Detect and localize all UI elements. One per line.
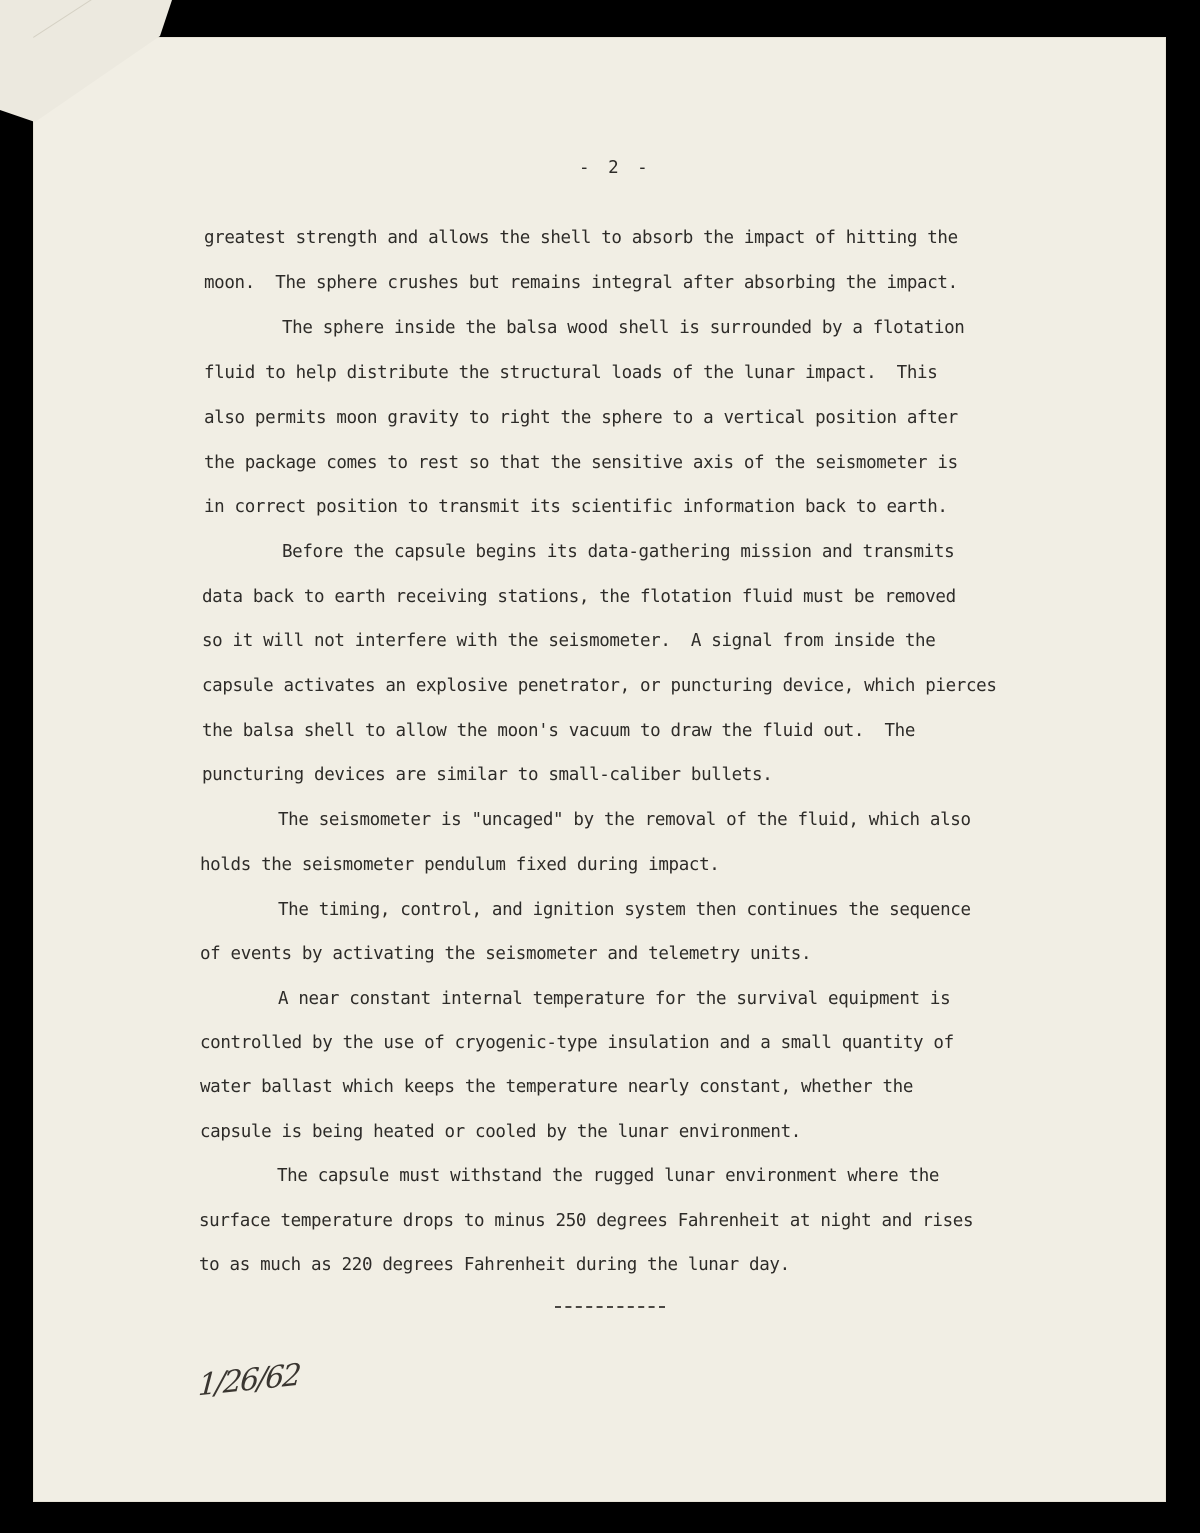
text-line: controlled by the use of cryogenic-type … [200, 1035, 954, 1053]
page-number: - 2 - [579, 160, 652, 178]
text-line: in correct position to transmit its scie… [204, 499, 948, 517]
text-line: surface temperature drops to minus 250 d… [199, 1213, 973, 1231]
text-line: capsule is being heated or cooled by the… [200, 1124, 801, 1142]
text-line: fluid to help distribute the structural … [204, 365, 937, 383]
text-line: so it will not interfere with the seismo… [202, 633, 935, 651]
text-line: holds the seismometer pendulum fixed dur… [200, 857, 719, 875]
text-line: of events by activating the seismometer … [200, 946, 811, 964]
text-line: The timing, control, and ignition system… [278, 902, 971, 920]
text-line: water ballast which keeps the temperatur… [200, 1079, 913, 1097]
text-line: the package comes to rest so that the se… [204, 455, 958, 473]
text-line: also permits moon gravity to right the s… [204, 410, 958, 428]
text-line: greatest strength and allows the shell t… [204, 230, 958, 248]
text-line: The capsule must withstand the rugged lu… [277, 1168, 939, 1186]
text-line: puncturing devices are similar to small-… [202, 767, 772, 785]
text-line: The seismometer is "uncaged" by the remo… [278, 812, 971, 830]
text-line: data back to earth receiving stations, t… [202, 589, 956, 607]
end-of-text-rule [555, 1306, 665, 1308]
text-line: moon. The sphere crushes but remains int… [204, 275, 958, 293]
text-line: capsule activates an explosive penetrato… [202, 678, 997, 696]
text-line: A near constant internal temperature for… [278, 991, 950, 1009]
text-line: Before the capsule begins its data-gathe… [282, 544, 954, 562]
text-line: to as much as 220 degrees Fahrenheit dur… [199, 1257, 790, 1275]
text-line: the balsa shell to allow the moon's vacu… [202, 723, 915, 741]
text-line: The sphere inside the balsa wood shell i… [282, 320, 964, 338]
